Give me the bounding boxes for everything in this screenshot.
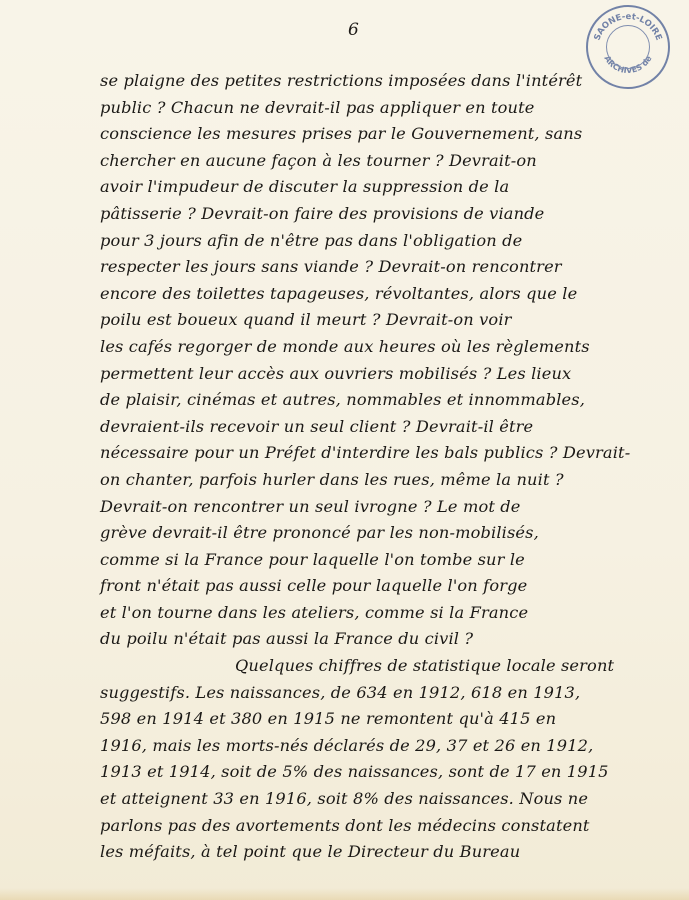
text-line: pour 3 jours afin de n'être pas dans l'o… bbox=[100, 228, 682, 255]
text-line: 598 en 1914 et 380 en 1915 ne remontent … bbox=[100, 706, 682, 733]
text-line: suggestifs. Les naissances, de 634 en 19… bbox=[100, 680, 682, 707]
stamp-inner-circle bbox=[606, 25, 650, 69]
text-line: 1913 et 1914, soit de 5% des naissances,… bbox=[100, 759, 682, 786]
text-line: pâtisserie ? Devrait-on faire des provis… bbox=[100, 201, 682, 228]
text-line: du poilu n'était pas aussi la France du … bbox=[100, 626, 682, 653]
text-line: et atteignent 33 en 1916, soit 8% des na… bbox=[100, 786, 682, 813]
text-line: poilu est boueux quand il meurt ? Devrai… bbox=[100, 307, 682, 334]
text-line: devraient-ils recevoir un seul client ? … bbox=[100, 414, 682, 441]
text-line: se plaigne des petites restrictions impo… bbox=[100, 68, 682, 95]
page-number: 6 bbox=[348, 20, 359, 40]
text-line: encore des toilettes tapageuses, révolta… bbox=[100, 281, 682, 308]
text-line: conscience les mesures prises par le Gou… bbox=[100, 121, 682, 148]
text-line: chercher en aucune façon à les tourner ?… bbox=[100, 148, 682, 175]
text-line: Quelques chiffres de statistique locale … bbox=[100, 653, 682, 680]
text-line: et l'on tourne dans les ateliers, comme … bbox=[100, 600, 682, 627]
document-page: 6 SAONE-et-LOIRE ARCHIVES de se plaigne … bbox=[0, 0, 689, 900]
text-line: comme si la France pour laquelle l'on to… bbox=[100, 547, 682, 574]
text-line: grève devrait-il être prononcé par les n… bbox=[100, 520, 682, 547]
text-line: public ? Chacun ne devrait-il pas appliq… bbox=[100, 95, 682, 122]
text-line: les cafés regorger de monde aux heures o… bbox=[100, 334, 682, 361]
text-line: de plaisir, cinémas et autres, nommables… bbox=[100, 387, 682, 414]
text-line: on chanter, parfois hurler dans les rues… bbox=[100, 467, 682, 494]
text-line: front n'était pas aussi celle pour laque… bbox=[100, 573, 682, 600]
text-line: permettent leur accès aux ouvriers mobil… bbox=[100, 361, 682, 388]
text-line: les méfaits, à tel point que le Directeu… bbox=[100, 839, 682, 866]
text-line: Devrait-on rencontrer un seul ivrogne ? … bbox=[100, 494, 682, 521]
handwritten-body: se plaigne des petites restrictions impo… bbox=[100, 68, 682, 866]
text-line: avoir l'impudeur de discuter la suppress… bbox=[100, 174, 682, 201]
text-line: 1916, mais les morts-nés déclarés de 29,… bbox=[100, 733, 682, 760]
text-line: respecter les jours sans viande ? Devrai… bbox=[100, 254, 682, 281]
text-line: parlons pas des avortements dont les méd… bbox=[100, 813, 682, 840]
text-line: nécessaire pour un Préfet d'interdire le… bbox=[100, 440, 682, 467]
